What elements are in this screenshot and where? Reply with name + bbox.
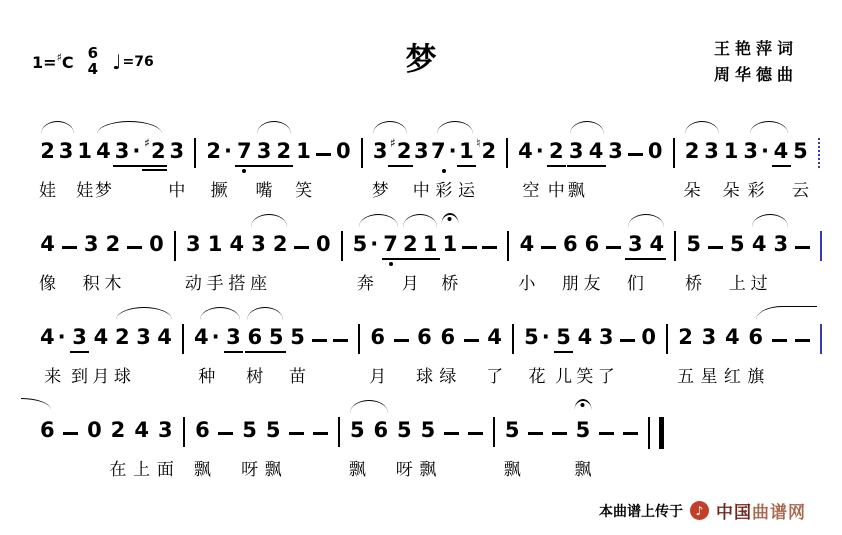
note-glyph: 2 [402,231,419,257]
note-number: 3 [704,138,719,164]
note-glyph [481,231,498,257]
note-number: 6 [748,324,763,350]
note [61,231,78,293]
lyric-syllable: 中 [413,176,430,200]
slur-arc [350,400,388,413]
note [443,417,460,479]
beam-underline [245,351,286,353]
augmentation-dot: · [761,138,769,164]
lyric-syllable: 花 [528,362,545,386]
note-glyph: 0 [647,138,664,164]
augmentation-dot: · [542,324,550,350]
measure: 2五3星4红6旗 [668,304,820,386]
lyric-syllable: 红 [724,362,741,386]
note-number: 2 [549,138,564,164]
lyric-syllable: 到 [71,362,88,386]
note-glyph: 6 [416,324,433,350]
note-number: 0 [336,138,351,164]
lyric-syllable: 飘 [504,455,521,479]
note [598,417,615,479]
lyric-syllable: 面 [157,455,174,479]
dash-note [394,339,409,342]
dash-note [620,339,635,342]
beam-underline [401,258,440,260]
note: 5桥 [685,231,702,293]
note: 3 [703,138,720,200]
measure: 4·空2中3飘430 [508,118,672,200]
note-number: 4 [94,324,109,350]
note-glyph: 7 [382,231,399,257]
note: 4·空 [517,138,545,200]
slur-arc [97,121,162,134]
note: 2 [272,231,289,293]
dash-note [795,246,810,249]
note-glyph [527,417,544,443]
lyric-syllable: 中 [168,176,185,200]
note: 2中 [548,138,565,200]
note-glyph: 6 [747,324,764,350]
note: 7 [382,231,399,293]
lyric-syllable: 搭 [228,269,245,293]
note-number: 3 [414,138,429,164]
note: 4小 [518,231,535,293]
score: 2娃31娃4梦3·♯23中2·撅73嘴21笑03梦♯23中7·彩1运♮24·空2… [30,118,822,479]
note: 0 [315,231,332,293]
dash-note [462,246,477,249]
note-glyph: 5 [792,138,809,164]
note-glyph: 4 [588,138,605,164]
measure: 602在4上3面 [30,397,183,479]
lyric-syllable: 运 [458,176,475,200]
note-glyph: 6 [440,324,457,350]
note-glyph: 2 [105,231,122,257]
dash-note [528,432,543,435]
composer-credit: 周华德曲 [714,62,798,88]
note-glyph: 1 [723,138,740,164]
note-number: 2 [206,138,221,164]
note-number: 5 [242,417,257,443]
note [627,138,644,200]
note-glyph: 4 [156,324,173,350]
note-glyph: 4 [773,138,790,164]
note-number: 6 [370,324,385,350]
lyric-syllable: 树 [246,362,263,386]
beam-underline [554,351,573,353]
note: 4·种 [193,324,221,386]
note-glyph: 3 [703,138,720,164]
note-number: 2 [277,138,292,164]
note: 1 [422,231,439,293]
note-number: 3 [170,138,185,164]
note-number: 4 [157,324,172,350]
note-glyph: 4· [193,324,221,350]
slur-arc [200,307,241,320]
note-glyph: 5 [349,417,366,443]
natural-icon: ♮ [476,130,480,156]
note-glyph: 3 [568,138,585,164]
note-number: 1 [77,138,92,164]
note-glyph: 3 [627,231,644,257]
dash-note [795,339,810,342]
note-glyph: 4 [95,138,112,164]
note-glyph: 5 [268,324,285,350]
note-glyph: 5 [420,417,437,443]
note-glyph: 0 [148,231,165,257]
score-line: 4·来3到4月2球344·种36树55苗6月6球6绿4了5·花5儿4笑3了02五… [30,304,822,386]
lyric-syllable: 上 [133,455,150,479]
note-glyph: ♯2 [389,138,412,164]
note-number: 3 [257,138,272,164]
lyric-syllable: 桥 [685,269,702,293]
note [311,324,328,386]
note-number: 4 [752,231,767,257]
note-number: 4 [487,324,502,350]
note-glyph [461,231,478,257]
note: 0 [148,231,165,293]
note: 5儿 [555,324,572,386]
lyric-syllable: 木 [104,269,121,293]
note-glyph: ♮2 [475,138,497,164]
note-number: 5 [505,417,520,443]
lyric-syllable: 儿 [555,362,572,386]
note-glyph: 2 [39,138,56,164]
note-glyph: 1 [458,138,475,164]
note: 4像 [39,231,56,293]
note: 2朵 [684,138,701,200]
note: 5云 [792,138,809,200]
note-glyph: 2 [677,324,694,350]
slur-arc [752,214,788,227]
note-glyph [393,324,410,350]
note [707,231,724,293]
note-glyph: 3· [742,138,770,164]
note-number: 4 [194,324,209,350]
note-glyph: 3 [250,231,267,257]
beam-underline [113,165,167,167]
barline [820,231,822,261]
note-glyph: 3 [413,138,430,164]
dash-note [628,153,643,156]
low-octave-dot [389,262,393,266]
note-glyph: 2 [548,138,565,164]
note-number: 3 [136,324,151,350]
note: 3中 [413,138,430,200]
note-glyph: 2 [684,138,701,164]
note: 3积 [83,231,100,293]
site-name-primary: 中国 [716,503,752,523]
note: 4笑 [576,324,593,386]
note-glyph [62,417,79,443]
lyric-syllable: 像 [39,269,56,293]
lyric-syllable: 旗 [747,362,764,386]
augmentation-dot: · [370,231,378,257]
lyric-syllable: 飘 [574,455,591,479]
note-number: 2 [151,138,166,164]
measure: 2·撅73嘴21笑0 [196,118,360,200]
lyric-syllable: 过 [751,269,768,293]
note: 1朵 [723,138,740,200]
note: 3 [772,231,789,293]
note-glyph [794,324,811,350]
note-glyph: 0 [640,324,657,350]
lyric-syllable: 桥 [441,269,458,293]
lyric-syllable: 娃 [76,176,93,200]
note-number: 0 [641,324,656,350]
note-glyph: 4· [517,138,545,164]
beam-underline [567,165,606,167]
augmentation-dot: · [536,138,544,164]
beam-underline [625,258,666,260]
note [619,324,636,386]
note-number: 3 [373,138,388,164]
note: 4搭 [228,231,245,293]
note-number: 2 [685,138,700,164]
low-octave-dot [442,169,446,173]
note: 5飘 [574,417,591,479]
note-glyph [443,417,460,443]
note-glyph: 6 [39,417,56,443]
slur-arc [251,214,287,227]
lyric-syllable: 星 [700,362,717,386]
lyric-syllable: 梦 [372,176,389,200]
slur-arc [247,307,283,320]
measure: 3梦♯23中7·彩1运♮2 [363,118,506,200]
lyric-syllable: 笑 [576,362,593,386]
note-number: 4 [40,231,55,257]
note-glyph [61,231,78,257]
note-glyph: 7 [236,138,253,164]
measure: 6月6球6绿4了 [360,304,512,386]
note-glyph: 0 [86,417,103,443]
dash-note [312,339,327,342]
note-number: 3 [628,231,643,257]
note-glyph [311,324,328,350]
note-glyph [315,138,332,164]
lyric-syllable: 飘 [349,455,366,479]
note: 1手 [207,231,224,293]
note [551,417,568,479]
note: 4月 [92,324,109,386]
note-glyph: 6 [562,231,579,257]
dash-note [294,246,309,249]
note-number: 5 [421,417,436,443]
note-number: 2 [40,138,55,164]
note-glyph [771,324,788,350]
note: 4上 [133,417,150,479]
measure: 5·花5儿4笑3了0 [514,304,666,386]
slur-arc [437,121,474,134]
measure: 2朵31朵3·彩45云 [675,118,818,200]
note-number: 5 [556,324,571,350]
note-number: 4 [589,138,604,164]
dash-note [552,432,567,435]
dash-note [772,339,787,342]
note-glyph: 0 [315,231,332,257]
note-glyph: 4 [93,324,110,350]
note [217,417,234,479]
lyric-syllable: 彩 [435,176,452,200]
beam-underline [547,165,566,167]
beam-underline [142,169,167,171]
note: 4过 [751,231,768,293]
note-glyph: 3 [135,324,152,350]
note-glyph: 5 [555,324,572,350]
note [481,231,498,293]
note [622,417,639,479]
note-number: 6 [441,324,456,350]
lyric-syllable: 娃 [39,176,56,200]
note-number: 3 [773,231,788,257]
note: 4 [649,231,666,293]
note-glyph [288,417,305,443]
note: 5飘 [419,417,436,479]
note-number: 5 [686,231,701,257]
note: 0 [86,417,103,479]
note-number: 6 [40,417,55,443]
augmentation-dot: · [449,138,457,164]
lyric-syllable: 空 [522,176,539,200]
lyric-syllable: 飘 [194,455,211,479]
augmentation-dot: · [132,138,140,164]
measure: 5桥5上4过3 [676,211,820,293]
note: 5上 [729,231,746,293]
note-glyph: 3 [772,231,789,257]
note-number: 3 [608,138,623,164]
note-glyph: 5 [241,417,258,443]
note-number: 0 [87,417,102,443]
note-glyph: 4· [39,324,67,350]
note: 2五 [677,324,694,386]
note-number: 1 [459,138,474,164]
note-glyph: 1 [422,231,439,257]
beam-underline [772,165,791,167]
note: 3动 [185,231,202,293]
note-glyph: 1 [295,138,312,164]
note-glyph: 2· [205,138,233,164]
note-glyph: 4 [133,417,150,443]
note: ♮2 [475,138,497,200]
slur-arc [685,121,719,134]
barline [820,324,822,354]
lyric-syllable: 嘴 [256,176,273,200]
lyric-syllable: 球 [416,362,433,386]
note: 7 [236,138,253,200]
note-glyph: 3 [372,138,389,164]
note: 3了 [598,324,615,386]
note-number: 2 [678,324,693,350]
footer-upload-text: 本曲谱上传于 [599,501,683,521]
tie-arc [21,398,51,410]
note: 4了 [486,324,503,386]
note-glyph: 4 [724,324,741,350]
lyric-syllable: 呀 [241,455,258,479]
note-glyph: 0 [335,138,352,164]
lyric-syllable: 云 [792,176,809,200]
beam-underline [457,165,476,167]
note-number: 6 [585,231,600,257]
note: 3嘴 [256,138,273,200]
note-glyph: 6 [246,324,263,350]
note-glyph: 3 [225,324,242,350]
note-glyph [217,417,234,443]
augmentation-dot: · [58,324,66,350]
measure: 4像3积2木0 [30,211,174,293]
note-number: 4 [40,324,55,350]
note-glyph [707,231,724,257]
note [315,138,332,200]
lyric-syllable: 种 [198,362,215,386]
note-glyph [540,231,557,257]
dash-note [289,432,304,435]
low-octave-dot [242,169,246,173]
note: 7·彩 [430,138,458,200]
tie-arc [756,306,818,323]
note: 5呀 [241,417,258,479]
note: 1运 [458,138,475,200]
score-line: 602在4上3面6飘5呀5飘5飘65呀5飘5飘5飘 [30,397,664,479]
lyric-syllable: 来 [44,362,61,386]
note-glyph: 4 [577,324,594,350]
note: 3飘 [568,138,585,200]
note [467,417,484,479]
note-number: 3 [84,231,99,257]
note-glyph: 3· [114,138,142,164]
note: 6球 [416,324,433,386]
note: 6月 [369,324,386,386]
note-glyph: 4 [229,231,246,257]
note-glyph [312,417,329,443]
note-number: 6 [373,417,388,443]
dash-note [708,246,723,249]
note-glyph [126,231,143,257]
lyric-syllable: 笑 [295,176,312,200]
lyric-syllable: 们 [627,269,644,293]
lyric-syllable: 动 [185,269,202,293]
lyric-syllable: 苗 [289,362,306,386]
note: 4红 [724,324,741,386]
note-glyph [794,231,811,257]
note: 6绿 [439,324,456,386]
note-glyph: 5 [265,417,282,443]
beam-underline [224,351,243,353]
note: 3梦 [372,138,389,200]
note [293,231,310,293]
lyric-syllable: 呀 [396,455,413,479]
note-number: 3 [569,138,584,164]
note-number: 6 [417,324,432,350]
note-glyph: 5 [729,231,746,257]
note: 1笑 [295,138,312,200]
note [540,231,557,293]
note-glyph: 1 [207,231,224,257]
note-glyph: 6 [194,417,211,443]
measure: 5·奔72月11桥 [343,211,508,293]
slur-arc [41,121,74,134]
note: 6树 [246,324,263,386]
note [527,417,544,479]
note: 4 [773,138,790,200]
note-glyph: 3 [598,324,615,350]
note-glyph: 4 [519,231,536,257]
beam-underline [70,351,89,353]
dash-note [63,432,78,435]
dash-note [599,432,614,435]
note-number: 3 [251,231,266,257]
note-number: 3 [226,324,241,350]
note: 5飘 [265,417,282,479]
footer: 本曲谱上传于 ♪ 中国曲谱网 [599,498,806,523]
slur-arc [373,121,407,134]
